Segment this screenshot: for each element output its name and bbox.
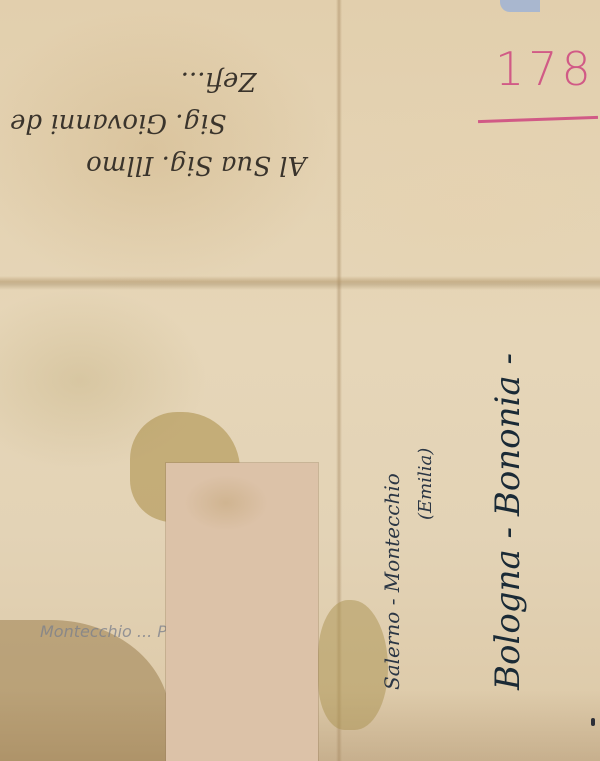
water-stain: [318, 600, 388, 730]
horizontal-fold-line: [0, 276, 600, 290]
archive-number: 178: [495, 42, 595, 96]
ink-mark: [591, 718, 595, 726]
address-upside-down: Al Sua Sig. Illmo Sig. Giovanni de Zefi.…: [10, 60, 316, 186]
route-note: Salerno - Montecchio: [380, 473, 404, 690]
water-stain: [0, 620, 170, 761]
address-line: Sig. Giovanni de: [10, 102, 226, 144]
address-line: Al Sua Sig. Illmo: [10, 144, 306, 186]
address-line: Zefi...: [10, 60, 256, 102]
letter-sheet: Al Sua Sig. Illmo Sig. Giovanni de Zefi.…: [0, 0, 600, 761]
route-note: (Emilia): [415, 448, 436, 520]
archive-number-underline: [478, 116, 598, 123]
route-note-bologna: Bologna - Bononia -: [488, 353, 528, 690]
paper-patch: [166, 463, 318, 761]
torn-corner: [500, 0, 540, 12]
